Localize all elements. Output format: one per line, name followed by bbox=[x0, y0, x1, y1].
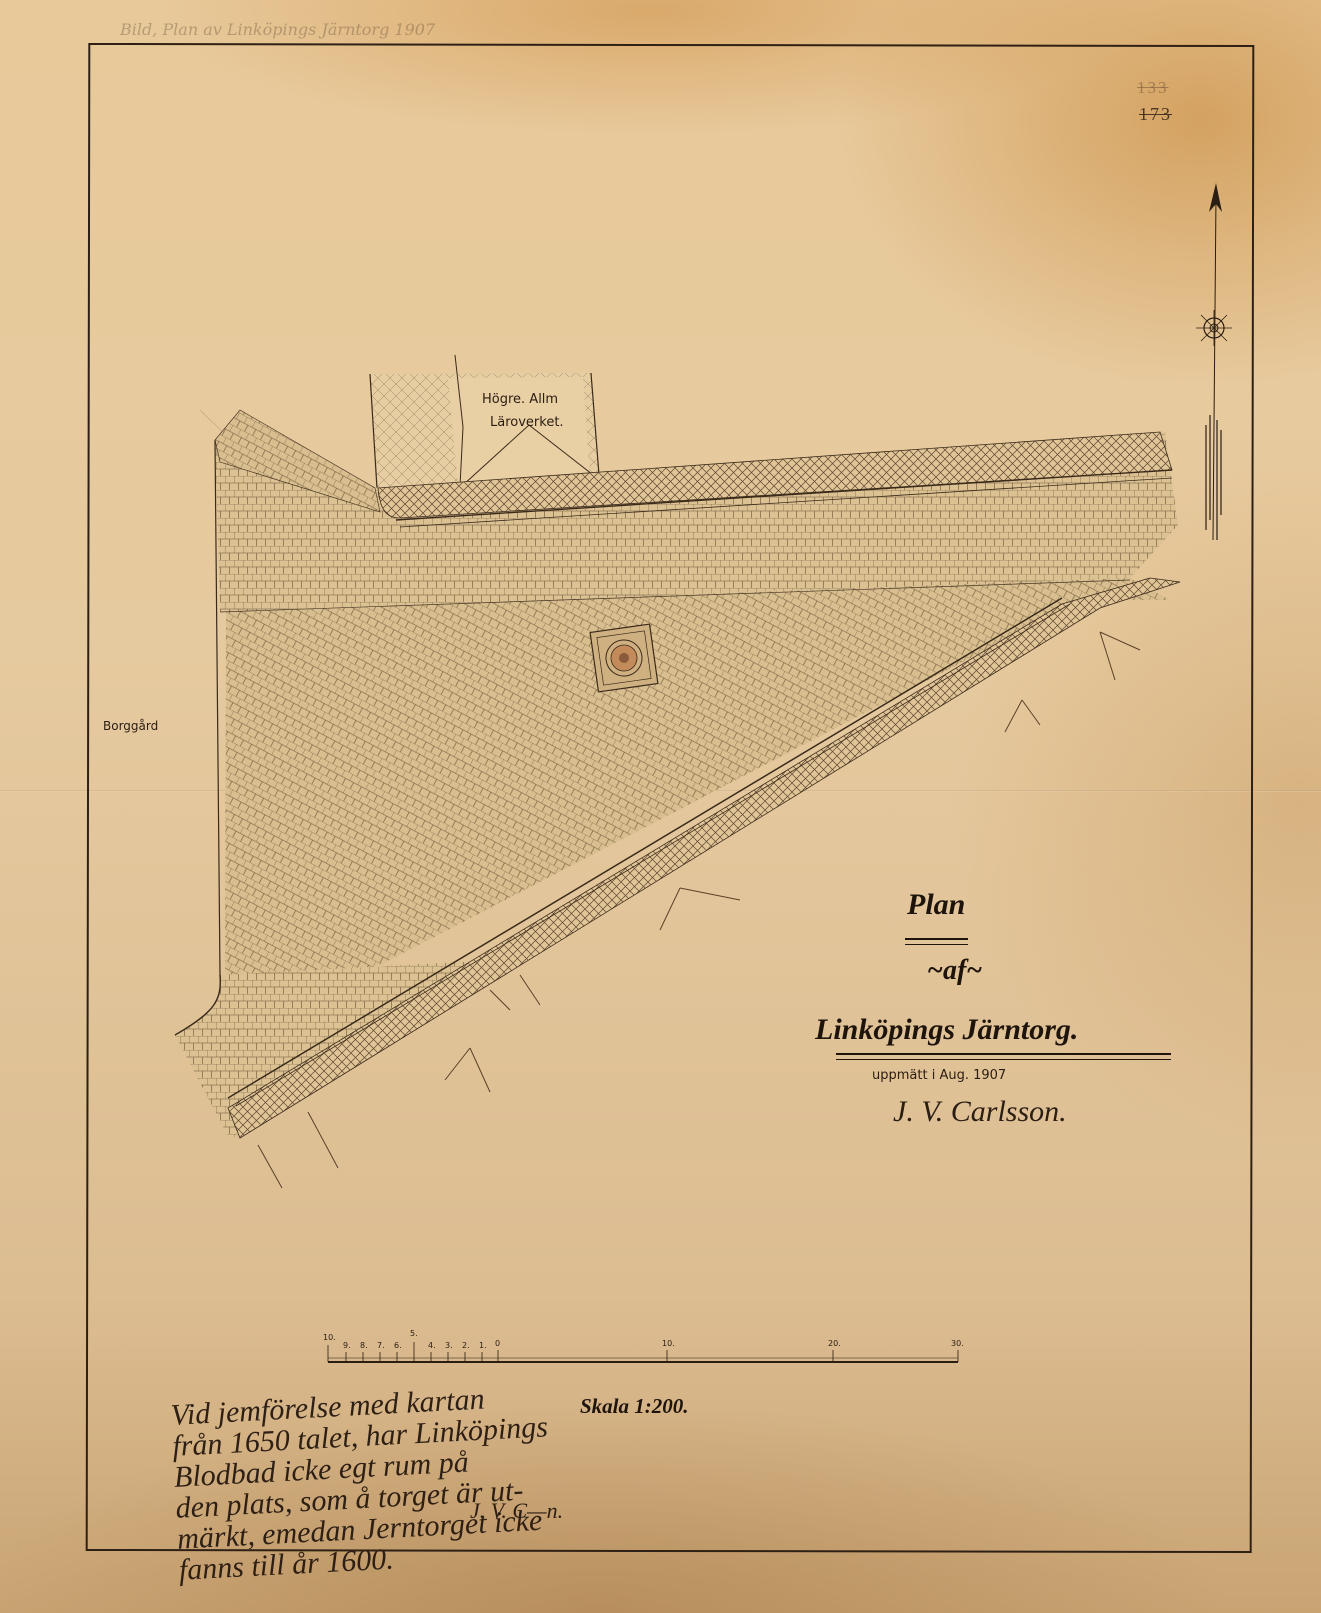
surveyor-signature: J. V. Carlsson. bbox=[893, 1095, 1067, 1129]
scale-tick-label: 8. bbox=[360, 1341, 368, 1350]
title-main: Linköpings Järntorg. bbox=[815, 1013, 1078, 1047]
scale-tick-label: 9. bbox=[343, 1341, 351, 1350]
building-label-line2: Läroverket. bbox=[490, 415, 564, 430]
fountain-well bbox=[590, 624, 658, 692]
scale-label: Skala 1:200. bbox=[580, 1394, 689, 1419]
scale-tick-label: 20. bbox=[828, 1339, 841, 1348]
pencil-annotation: Bild, Plan av Linköpings Järntorg 1907 bbox=[120, 20, 435, 39]
scale-tick-label: 30. bbox=[951, 1339, 964, 1348]
compass-north-arrow bbox=[1196, 183, 1232, 540]
title-plan: Plan bbox=[907, 888, 965, 922]
scale-tick-label: 7. bbox=[377, 1341, 385, 1350]
title-plan-underline bbox=[905, 938, 968, 945]
title-main-underline-2 bbox=[836, 1053, 1171, 1060]
scale-tick-label: 0 bbox=[495, 1339, 500, 1348]
scale-tick-label: 6. bbox=[394, 1341, 402, 1350]
scale-tick-label: 3. bbox=[445, 1341, 453, 1350]
archive-number-struck-upper: 133 bbox=[1137, 78, 1169, 98]
plan-drawing bbox=[0, 0, 1321, 1613]
scale-tick-label: 5. bbox=[410, 1329, 418, 1338]
handwritten-note: Vid jemförelse med kartan från 1650 tale… bbox=[170, 1380, 555, 1585]
scale-bar bbox=[328, 1342, 958, 1362]
note-signature: J. V. C—n. bbox=[470, 1498, 563, 1524]
archive-number-struck-lower: 173 bbox=[1139, 104, 1172, 125]
scale-tick-label: 1. bbox=[479, 1341, 487, 1350]
scale-tick-label: 10. bbox=[323, 1333, 336, 1342]
title-af: ~af~ bbox=[927, 955, 982, 987]
scale-tick-label: 4. bbox=[428, 1341, 436, 1350]
survey-date: uppmätt i Aug. 1907 bbox=[872, 1068, 1006, 1083]
scale-tick-label: 10. bbox=[662, 1339, 675, 1348]
building-label-line1: Högre. Allm bbox=[482, 392, 558, 407]
area-label-borggard: Borggård bbox=[103, 719, 158, 733]
scale-tick-label: 2. bbox=[462, 1341, 470, 1350]
